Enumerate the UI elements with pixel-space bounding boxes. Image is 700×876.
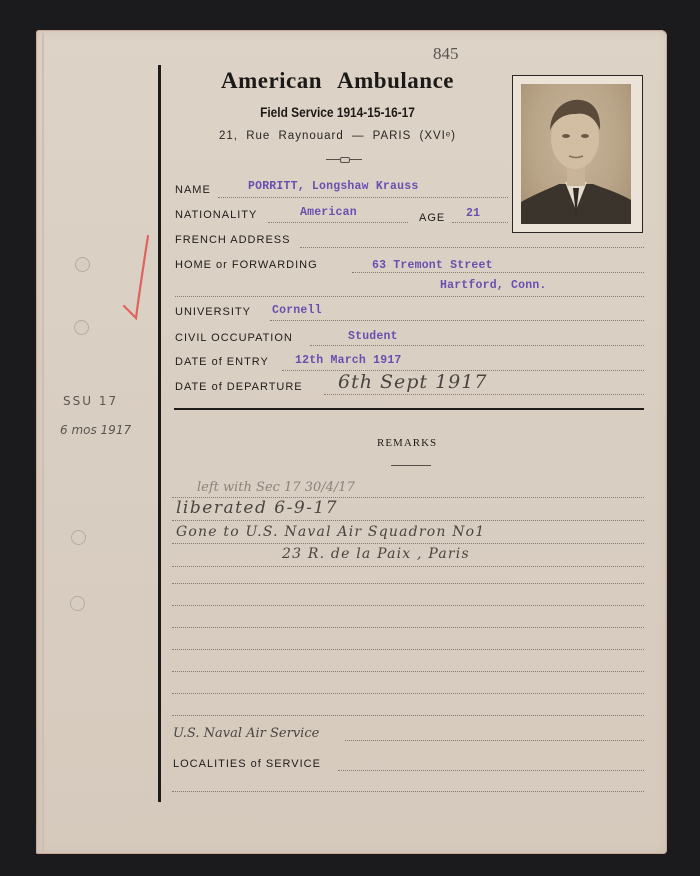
nationality-label: NATIONALITY (175, 209, 257, 221)
university-label: UNIVERSITY (175, 306, 251, 318)
remarks-entry: Gone to U.S. Naval Air Squadron No1 (176, 524, 485, 540)
home-address-city: Hartford, Conn. (440, 279, 547, 292)
university-value: Cornell (272, 304, 322, 317)
university-line (270, 320, 644, 321)
document-title: American Ambulance (160, 68, 515, 94)
margin-note-duration: 6 mos 1917 (60, 423, 131, 437)
date-of-departure-value: 6th Sept 1917 (338, 371, 487, 393)
remarks-heading: REMARKS (377, 437, 437, 449)
localities-line-2 (172, 791, 644, 792)
remarks-entry: left with Sec 17 30/4/17 (197, 480, 355, 495)
date-of-entry-value: 12th March 1917 (295, 354, 402, 367)
civil-occupation-label: CIVIL OCCUPATION (175, 332, 293, 344)
french-address-label: FRENCH ADDRESS (175, 234, 290, 246)
date-of-departure-label: DATE of DEPARTURE (175, 381, 303, 393)
home-address-line (352, 272, 644, 273)
name-value: PORRITT, Longshaw Krauss (248, 180, 418, 193)
nationality-value: American (300, 206, 357, 219)
ornament-divider (326, 158, 362, 160)
portrait-photo (521, 84, 631, 224)
home-address-label: HOME or FORWARDING (175, 259, 318, 271)
french-address-line (300, 247, 644, 248)
date-of-entry-label: DATE of ENTRY (175, 356, 269, 368)
punch-hole (74, 320, 89, 335)
remarks-line (172, 605, 644, 606)
nationality-line (268, 222, 408, 223)
service-handwritten: U.S. Naval Air Service (173, 726, 319, 741)
serial-number: 845 (433, 44, 459, 64)
remarks-line (172, 543, 644, 544)
remarks-line (172, 583, 644, 584)
photo-frame (512, 75, 643, 233)
service-line (345, 740, 644, 741)
civil-occupation-line (310, 345, 644, 346)
age-label: AGE (419, 212, 445, 224)
age-line (452, 222, 508, 223)
card-edge (42, 33, 44, 851)
name-label: NAME (175, 184, 211, 196)
remarks-line (172, 520, 644, 521)
date-of-departure-line (324, 394, 644, 395)
remarks-entry: liberated 6-9-17 (176, 498, 338, 518)
red-checkmark-icon (120, 232, 154, 324)
punch-hole (75, 257, 90, 272)
remarks-entry: 23 R. de la Paix , Paris (282, 546, 470, 562)
civil-occupation-value: Student (348, 330, 398, 343)
remarks-line (172, 566, 644, 567)
margin-note-unit: SSU 17 (63, 394, 118, 408)
remarks-line (172, 693, 644, 694)
remarks-line (172, 715, 644, 716)
punch-hole (70, 596, 85, 611)
age-value: 21 (466, 207, 480, 220)
localities-of-service-label: LOCALITIES of SERVICE (173, 758, 321, 770)
home-address-street: 63 Tremont Street (372, 259, 493, 272)
punch-hole (71, 530, 86, 545)
document-subtitle: Field Service 1914-15-16-17 (187, 104, 489, 120)
remarks-line (172, 649, 644, 650)
remarks-line (172, 671, 644, 672)
localities-line (338, 770, 644, 771)
section-divider (174, 408, 644, 410)
home-address-line-2 (175, 296, 644, 297)
margin-rule (158, 65, 161, 802)
organization-address: 21, Rue Raynouard — PARIS (XVIᵉ) (160, 130, 515, 142)
name-line (218, 197, 508, 198)
remarks-underline (391, 465, 431, 466)
remarks-line (172, 627, 644, 628)
